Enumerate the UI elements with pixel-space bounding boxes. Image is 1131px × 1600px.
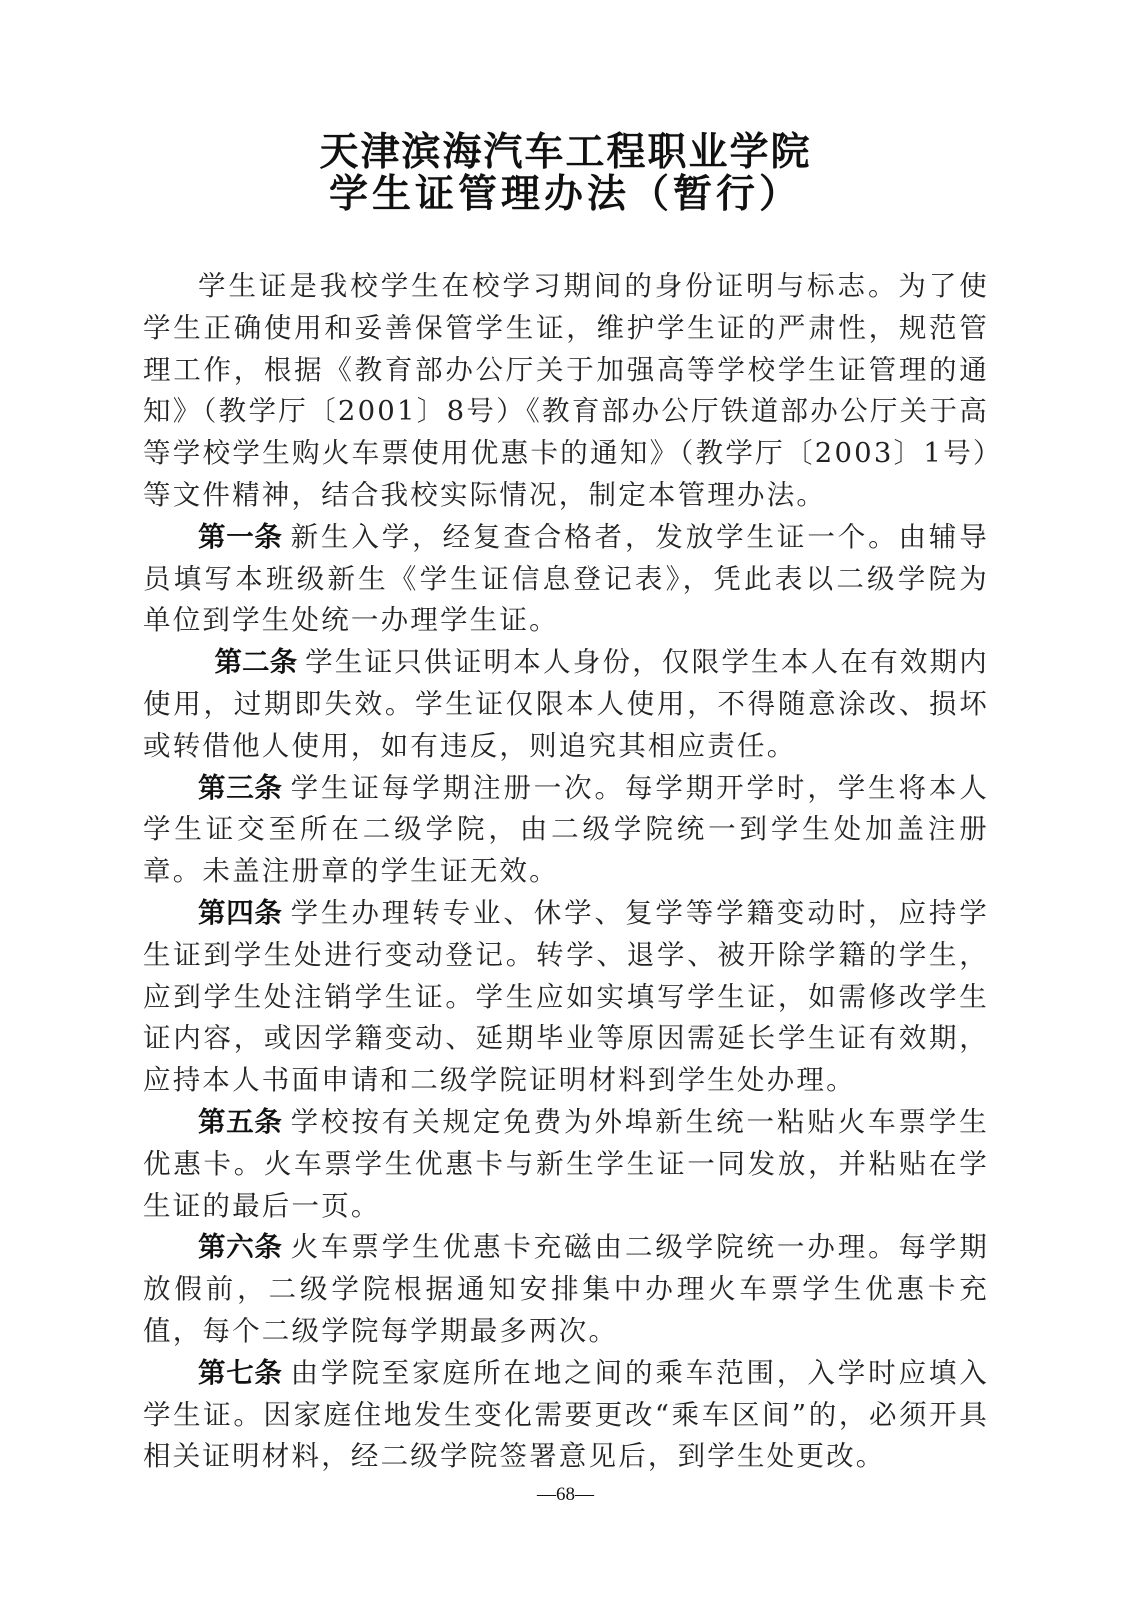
- document-body: 学生证是我校学生在校学习期间的身份证明与标志。为了使学生正确使用和妥善保管学生证…: [143, 266, 989, 1478]
- article-2: 第二条学生证只供证明本人身份，仅限学生本人在有效期内使用，过期即失效。学生证仅限…: [143, 642, 989, 767]
- article-1: 第一条新生入学，经复查合格者，发放学生证一个。由辅导员填写本班级新生《学生证信息…: [143, 517, 989, 642]
- article-label: 第七条: [198, 1357, 283, 1389]
- article-label: 第五条: [198, 1106, 283, 1138]
- page-number: —68—: [0, 1484, 1131, 1506]
- article-3: 第三条学生证每学期注册一次。每学期开学时，学生将本人学生证交至所在二级学院，由二…: [143, 768, 989, 893]
- article-label: 第四条: [198, 897, 283, 929]
- article-7: 第七条由学院至家庭所在地之间的乘车范围，入学时应填入学生证。因家庭住地发生变化需…: [143, 1353, 989, 1478]
- title-institution: 天津滨海汽车工程职业学院: [0, 132, 1131, 174]
- article-5: 第五条学校按有关规定免费为外埠新生统一粘贴火车票学生优惠卡。火车票学生优惠卡与新…: [143, 1102, 989, 1227]
- document-title: 天津滨海汽车工程职业学院 学生证管理办法（暂行）: [0, 132, 1131, 216]
- document-page: 天津滨海汽车工程职业学院 学生证管理办法（暂行） 学生证是我校学生在校学习期间的…: [0, 0, 1131, 1600]
- article-6: 第六条火车票学生优惠卡充磁由二级学院统一办理。每学期放假前，二级学院根据通知安排…: [143, 1227, 989, 1352]
- title-regulation: 学生证管理办法（暂行）: [0, 174, 1131, 216]
- article-label: 第二条: [215, 646, 298, 678]
- article-label: 第六条: [198, 1231, 283, 1263]
- article-label: 第一条: [198, 521, 283, 553]
- article-4: 第四条学生办理转专业、休学、复学等学籍变动时，应持学生证到学生处进行变动登记。转…: [143, 893, 989, 1102]
- article-label: 第三条: [198, 772, 283, 804]
- preamble-paragraph: 学生证是我校学生在校学习期间的身份证明与标志。为了使学生正确使用和妥善保管学生证…: [143, 266, 989, 517]
